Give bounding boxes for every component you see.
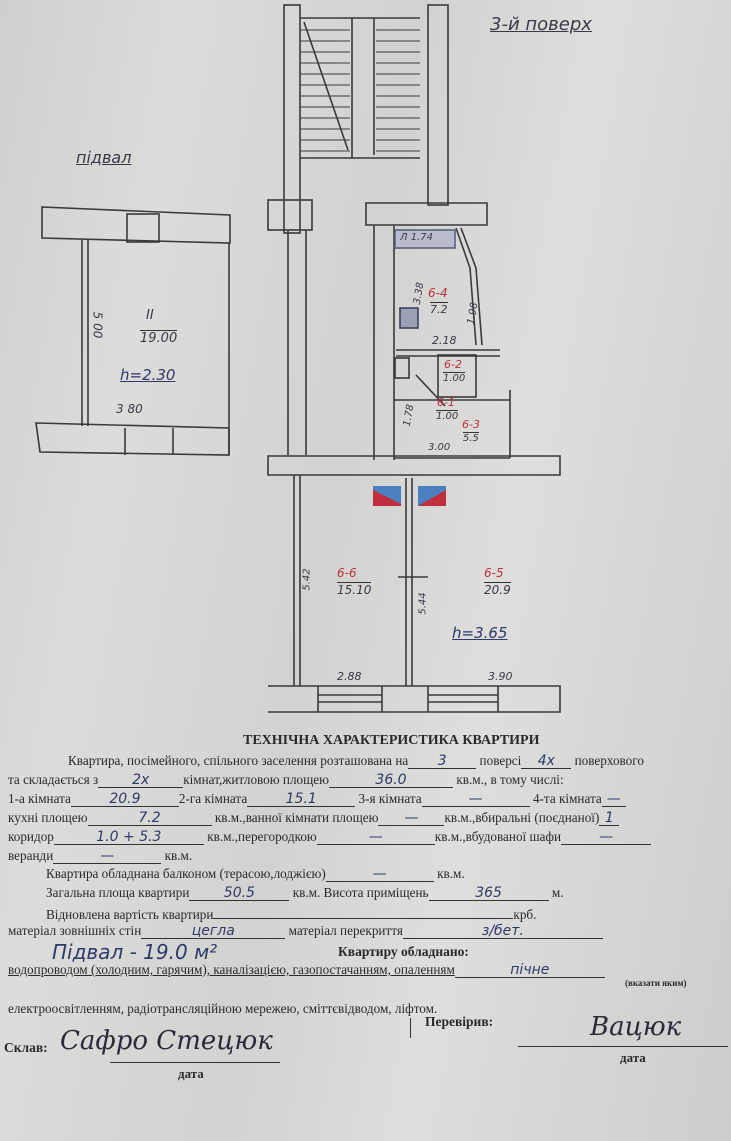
date-label: дата	[620, 1050, 646, 1066]
room-id: 6-5	[484, 566, 504, 580]
label: поверсі	[480, 753, 522, 768]
basement-dim-width: 3 80	[116, 402, 143, 416]
room-area: 5.5	[463, 432, 479, 444]
floor-label: 3-й поверх	[490, 14, 592, 35]
label: кв.м.,ванної кімнати площею	[215, 810, 379, 825]
label: кухні площею	[8, 810, 88, 825]
basement-room-area: 19.00	[140, 330, 177, 346]
form-line-utilities-2: електроосвітленням, радіотрансляційною м…	[8, 1001, 437, 1017]
living-area-value: 36.0	[329, 773, 453, 788]
room-id: 6-1	[437, 396, 455, 409]
corridor-value: 1.0 + 5.3	[54, 830, 204, 845]
cost-value	[213, 904, 513, 919]
room-id: 6-2	[444, 358, 462, 371]
staircase	[284, 5, 448, 233]
basement-room-number: II	[146, 308, 154, 323]
form-line-room-areas: 1-а кімната20.92-га кімната15.1 3-я кімн…	[8, 791, 626, 807]
label: 4-та кімната	[533, 791, 602, 806]
signature-checked: Вацюк	[590, 1012, 681, 1042]
checked-label: Перевірив:	[425, 1014, 493, 1030]
floor-plan	[0, 0, 731, 730]
room4-value: —	[602, 792, 626, 807]
room-dim: 5.44	[418, 592, 429, 614]
label: кв.м.	[165, 848, 193, 863]
label: поверхового	[575, 753, 644, 768]
basement-label: підвал	[76, 148, 131, 167]
wall-segment	[268, 200, 312, 230]
form-line-cost: Відновлена вартість квартирикрб.	[46, 904, 536, 923]
form-line-corridor: коридор1.0 + 5.3 кв.м.,перегородкою—кв.м…	[8, 829, 651, 845]
room1-value: 20.9	[71, 792, 179, 807]
room-dim: 2.18	[432, 334, 457, 347]
room-area: 1.00	[436, 410, 458, 422]
label: кв.м.,вбиральні (поєднаної)	[444, 810, 599, 825]
partition-value: —	[317, 830, 435, 845]
divider	[410, 1018, 411, 1038]
label: Квартира, посімейного, спільного заселен…	[68, 753, 408, 768]
wardrobe-value: —	[561, 830, 651, 845]
label: 2-га кімната	[179, 791, 247, 806]
label: крб.	[513, 907, 536, 922]
label: Загальна площа квартири	[46, 885, 189, 900]
signature-line	[518, 1046, 728, 1047]
room-area: 20.9	[484, 582, 511, 597]
kitchen-value: 7.2	[88, 811, 212, 826]
label: кв.м.	[437, 866, 465, 881]
label: матеріал зовнішніх стін	[8, 923, 141, 938]
form-line-rooms: та складається з2хкімнат,житловою площею…	[8, 772, 564, 788]
height-value: 365	[429, 886, 549, 901]
label: кв.м.,вбудованої шафи	[435, 829, 561, 844]
label: кв.м.,перегородкою	[207, 829, 317, 844]
room-dim: 2.88	[337, 670, 362, 683]
label: коридор	[8, 829, 54, 844]
signature-compiled: Сафро Стецюк	[60, 1026, 273, 1056]
form-line-balcony: Квартира обладнана балконом (терасою,лод…	[46, 866, 465, 882]
signature-line	[110, 1062, 280, 1063]
bath-value: —	[378, 811, 444, 826]
heating-value: пічне	[455, 963, 605, 978]
form-line-total: Загальна площа квартири50.5 кв.м. Висота…	[46, 885, 564, 901]
veranda-value: —	[53, 849, 161, 864]
floor-value: 3	[408, 754, 476, 769]
room-area: 7.2	[430, 302, 448, 316]
label: 3-я кімната	[359, 791, 422, 806]
basement-note: Підвал - 19.0 м²	[52, 940, 217, 964]
hint: (вказати яким)	[625, 978, 687, 988]
label: та складається з	[8, 772, 98, 787]
label: Квартира обладнана балконом (терасою,лод…	[46, 866, 326, 881]
basement-room-height: h=2.30	[120, 366, 175, 384]
room2-value: 15.1	[247, 792, 355, 807]
room-dim: 3.90	[488, 670, 513, 683]
ceiling-material-value: з/бет.	[403, 924, 603, 939]
room-height: h=3.65	[452, 624, 507, 642]
form-line-utilities: водопроводом (холодним, гарячим), каналі…	[8, 962, 605, 978]
radiator-icon	[373, 486, 446, 506]
form-line-floor: Квартира, посімейного, спільного заселен…	[68, 753, 644, 769]
basement-room	[36, 207, 230, 455]
room-id: 6-4	[428, 286, 448, 300]
compiled-label: Склав:	[4, 1040, 48, 1056]
label: 1-а кімната	[8, 791, 71, 806]
room-area: 15.10	[337, 582, 371, 597]
room-dim: 5.42	[302, 568, 313, 590]
total-area-value: 50.5	[189, 886, 289, 901]
label: водопроводом (холодним, гарячим), каналі…	[8, 962, 455, 977]
balcony-label: Л 1.74	[400, 232, 433, 243]
room-id: 6-6	[337, 566, 357, 580]
form-title: ТЕХНІЧНА ХАРАКТЕРИСТИКА КВАРТИРИ	[243, 733, 539, 749]
label: кімнат,житловою площею	[183, 772, 329, 787]
basement-dim-length: 5 00	[90, 312, 104, 339]
label: кв.м., в тому числі:	[456, 772, 563, 787]
label: Відновлена вартість квартири	[46, 907, 213, 922]
label: електроосвітленням, радіотрансляційною м…	[8, 1001, 437, 1016]
form-line-materials: матеріал зовнішніх стінцегла матеріал пе…	[8, 923, 603, 939]
label: веранди	[8, 848, 53, 863]
date-label: дата	[178, 1066, 204, 1082]
room3-value: —	[422, 792, 530, 807]
equipped-heading: Квартиру обладнано:	[338, 944, 469, 960]
label: матеріал перекриття	[289, 923, 403, 938]
wall-material-value: цегла	[141, 924, 285, 939]
toilet-value: 1	[599, 811, 619, 826]
rooms-count-value: 2х	[98, 773, 183, 788]
label: м.	[552, 885, 564, 900]
balcony-value: —	[326, 867, 434, 882]
form-line-veranda: веранди— кв.м.	[8, 848, 192, 864]
room-area: 1.00	[443, 372, 465, 384]
room-id: 6-3	[462, 418, 480, 431]
form-line-kitchen: кухні площею7.2 кв.м.,ванної кімнати пло…	[8, 810, 619, 826]
label: кв.м. Висота приміщень	[293, 885, 429, 900]
floors-total-value: 4х	[521, 754, 571, 769]
room-dim: 3.00	[428, 442, 450, 453]
